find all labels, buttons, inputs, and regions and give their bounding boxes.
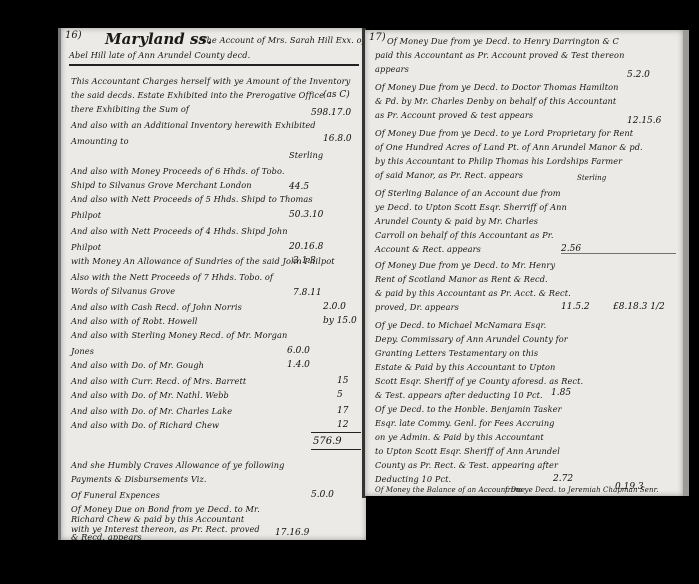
entry-text: Sterling [289, 150, 323, 160]
entry-text: This Accountant Charges herself with ye … [71, 76, 350, 86]
entry-amount: 5.0.0 [311, 490, 334, 500]
folio-number: 17) [369, 32, 386, 43]
sum-rule [311, 432, 361, 433]
entry-amount: 5 [337, 390, 343, 400]
entry-text: there Exhibiting the Sum of [71, 104, 189, 114]
entry-text: And also with of Robt. Howell [71, 316, 198, 326]
entry-text: of said Manor, as Pr. Rect. appears [375, 170, 523, 180]
entry-text: Of Funeral Expences [71, 490, 160, 500]
entry-amount: 20.16.8 [289, 242, 323, 252]
entry-text: And also with Do. of Mr. Charles Lake [71, 406, 232, 416]
entry-text: Of Money the Balance of an Account Due [375, 486, 525, 494]
entry-amount: 17.16.9 [275, 528, 309, 538]
entry-text: Philpot [71, 210, 101, 220]
entry-text: Words of Silvanus Grove [71, 286, 175, 296]
entry-text: Also with the Nett Proceeds of 7 Hhds. T… [71, 272, 273, 282]
entry-text: Estate & Paid by this Accountant to Upto… [375, 362, 555, 372]
entry-text: Arundel County & paid by Mr. Charles [375, 216, 538, 226]
entry-amount: 2.0.0 [323, 302, 346, 312]
entry-text: And she Humbly Craves Allowance of ye fo… [71, 460, 284, 470]
entry-text: Of Money Due from ye Decd. to Henry Darr… [387, 36, 619, 46]
entry-text: Carroll on behalf of this Accountant as … [375, 230, 554, 240]
row-rule [561, 253, 676, 254]
entry-text: And also with an Additional Inventory he… [71, 120, 316, 130]
entry-amount: 5.2.0 [627, 70, 650, 80]
entry-text: And also with Nett Proceeds of 5 Hhds. S… [71, 194, 313, 204]
entry-total: 576.9 [313, 436, 342, 447]
entry-text: as Pr. Account proved & test appears [375, 110, 533, 120]
heading-rule [69, 64, 359, 66]
entry-text: the said decds. Estate Exhibited into th… [71, 90, 324, 100]
entry-amount: 3.1.3 [293, 256, 316, 266]
entry-amount: 7.8.11 [293, 288, 322, 298]
entry-text: Of ye Decd. to Michael McNamara Esqr. [375, 320, 546, 330]
entry-text: And also with Cash Recd. of John Norris [71, 302, 242, 312]
entry-text: proved, Dr. appears [375, 302, 459, 312]
entry-text: And also with Sterling Money Recd. of Mr… [71, 330, 287, 340]
entry-amount: (as C) [323, 90, 350, 100]
entry-subtotal: £8.18.3 1/2 [613, 302, 665, 312]
entry-text: on ye Admin. & Paid by this Accountant [375, 432, 544, 442]
entry-text: Depy. Commissary of Ann Arundel County f… [375, 334, 568, 344]
entry-amount: 6.0.0 [287, 346, 310, 356]
entry-text: And also with Do. of Mr. Nathl. Webb [71, 390, 229, 400]
entry-text: & Test. appears after deducting 10 Pct. [375, 390, 543, 400]
entry-amount: 12.15.6 [627, 116, 661, 126]
entry-text: to Upton Scott Esqr. Sheriff of Ann Arun… [375, 446, 560, 456]
entry-text: And also with Do. of Richard Chew [71, 420, 219, 430]
ledger-right-page: 17) Of Money Due from ye Decd. to Henry … [365, 30, 689, 496]
entry-text: & Recd. appears [71, 532, 142, 542]
entry-text: Account & Rect. appears [375, 244, 481, 254]
entry-note: Sterling [577, 174, 606, 182]
entry-text: Deducting 10 Pct. [375, 474, 451, 484]
entry-amount: 1.85 [551, 388, 571, 398]
entry-amount: 0.19.3 [615, 482, 644, 492]
entry-amount: 16.8.0 [323, 134, 352, 144]
entry-text: And also with Do. of Mr. Gough [71, 360, 204, 370]
entry-amount: by 15.0 [323, 316, 357, 326]
entry-amount: 50.3.10 [289, 210, 323, 220]
entry-text: Of Sterling Balance of an Account due fr… [375, 188, 561, 198]
folio-number: 16) [65, 30, 82, 41]
entry-text: Philpot [71, 242, 101, 252]
entry-text: Of ye Decd. to the Honble. Benjamin Task… [375, 404, 562, 414]
entry-text: Of Money Due on Bond from ye Decd. to Mr… [71, 504, 260, 514]
entry-text: Amounting to [71, 136, 129, 146]
entry-text: And also with Curr. Recd. of Mrs. Barret… [71, 376, 246, 386]
entry-text: Rent of Scotland Manor as Rent & Recd. [375, 274, 548, 284]
entry-text: County as Pr. Rect. & Test. appearing af… [375, 460, 558, 470]
entry-amount: 1.4.0 [287, 360, 310, 370]
heading-line: Abel Hill late of Ann Arundel County dec… [69, 50, 250, 60]
entry-text: Scott Esqr. Sheriff of ye County aforesd… [375, 376, 583, 386]
entry-amount: 17 [337, 406, 348, 416]
heading-title: Maryland ss. [105, 30, 212, 48]
entry-amount: 598.17.0 [311, 108, 351, 118]
entry-text: Of Money Due from ye Decd. to Mr. Henry [375, 260, 555, 270]
entry-text: And also with Nett Proceeds of 4 Hhds. S… [71, 226, 288, 236]
entry-text: ye Decd. to Upton Scott Esqr. Sherriff o… [375, 202, 567, 212]
entry-text: Jones [71, 346, 94, 356]
entry-text: Esqr. late Commy. Genl. for Fees Accruin… [375, 418, 555, 428]
entry-text: & paid by this Accountant as Pr. Acct. &… [375, 288, 571, 298]
entry-text: appears [375, 64, 409, 74]
entry-amount: 2.72 [553, 474, 573, 484]
entry-text: Granting Letters Testamentary on this [375, 348, 538, 358]
entry-amount: 15 [337, 376, 348, 386]
entry-text: Richard Chew & paid by this Accountant [71, 514, 244, 524]
entry-text: of One Hundred Acres of Land Pt. of Ann … [375, 142, 643, 152]
entry-text: Of Money Due from ye Decd. to Doctor Tho… [375, 82, 619, 92]
entry-text: And also with Money Proceeds of 6 Hhds. … [71, 166, 285, 176]
entry-amount: 44.5 [289, 182, 309, 192]
entry-text: paid this Accountant as Pr. Account prov… [375, 50, 624, 60]
entry-text: by this Accountant to Philip Thomas his … [375, 156, 622, 166]
entry-text: Shipd to Silvanus Grove Merchant London [71, 180, 252, 190]
entry-text: & Pd. by Mr. Charles Denby on behalf of … [375, 96, 616, 106]
entry-text: Of Money Due from ye Decd. to ye Lord Pr… [375, 128, 633, 138]
sum-rule [311, 449, 361, 450]
entry-text: Payments & Disbursements Viz. [71, 474, 207, 484]
heading-line: The Account of Mrs. Sarah Hill Exx. of [201, 35, 365, 45]
entry-amount: 11.5.2 [561, 302, 590, 312]
ledger-left-page: 16) Maryland ss. The Account of Mrs. Sar… [58, 28, 366, 540]
entry-amount: 12 [337, 420, 348, 430]
